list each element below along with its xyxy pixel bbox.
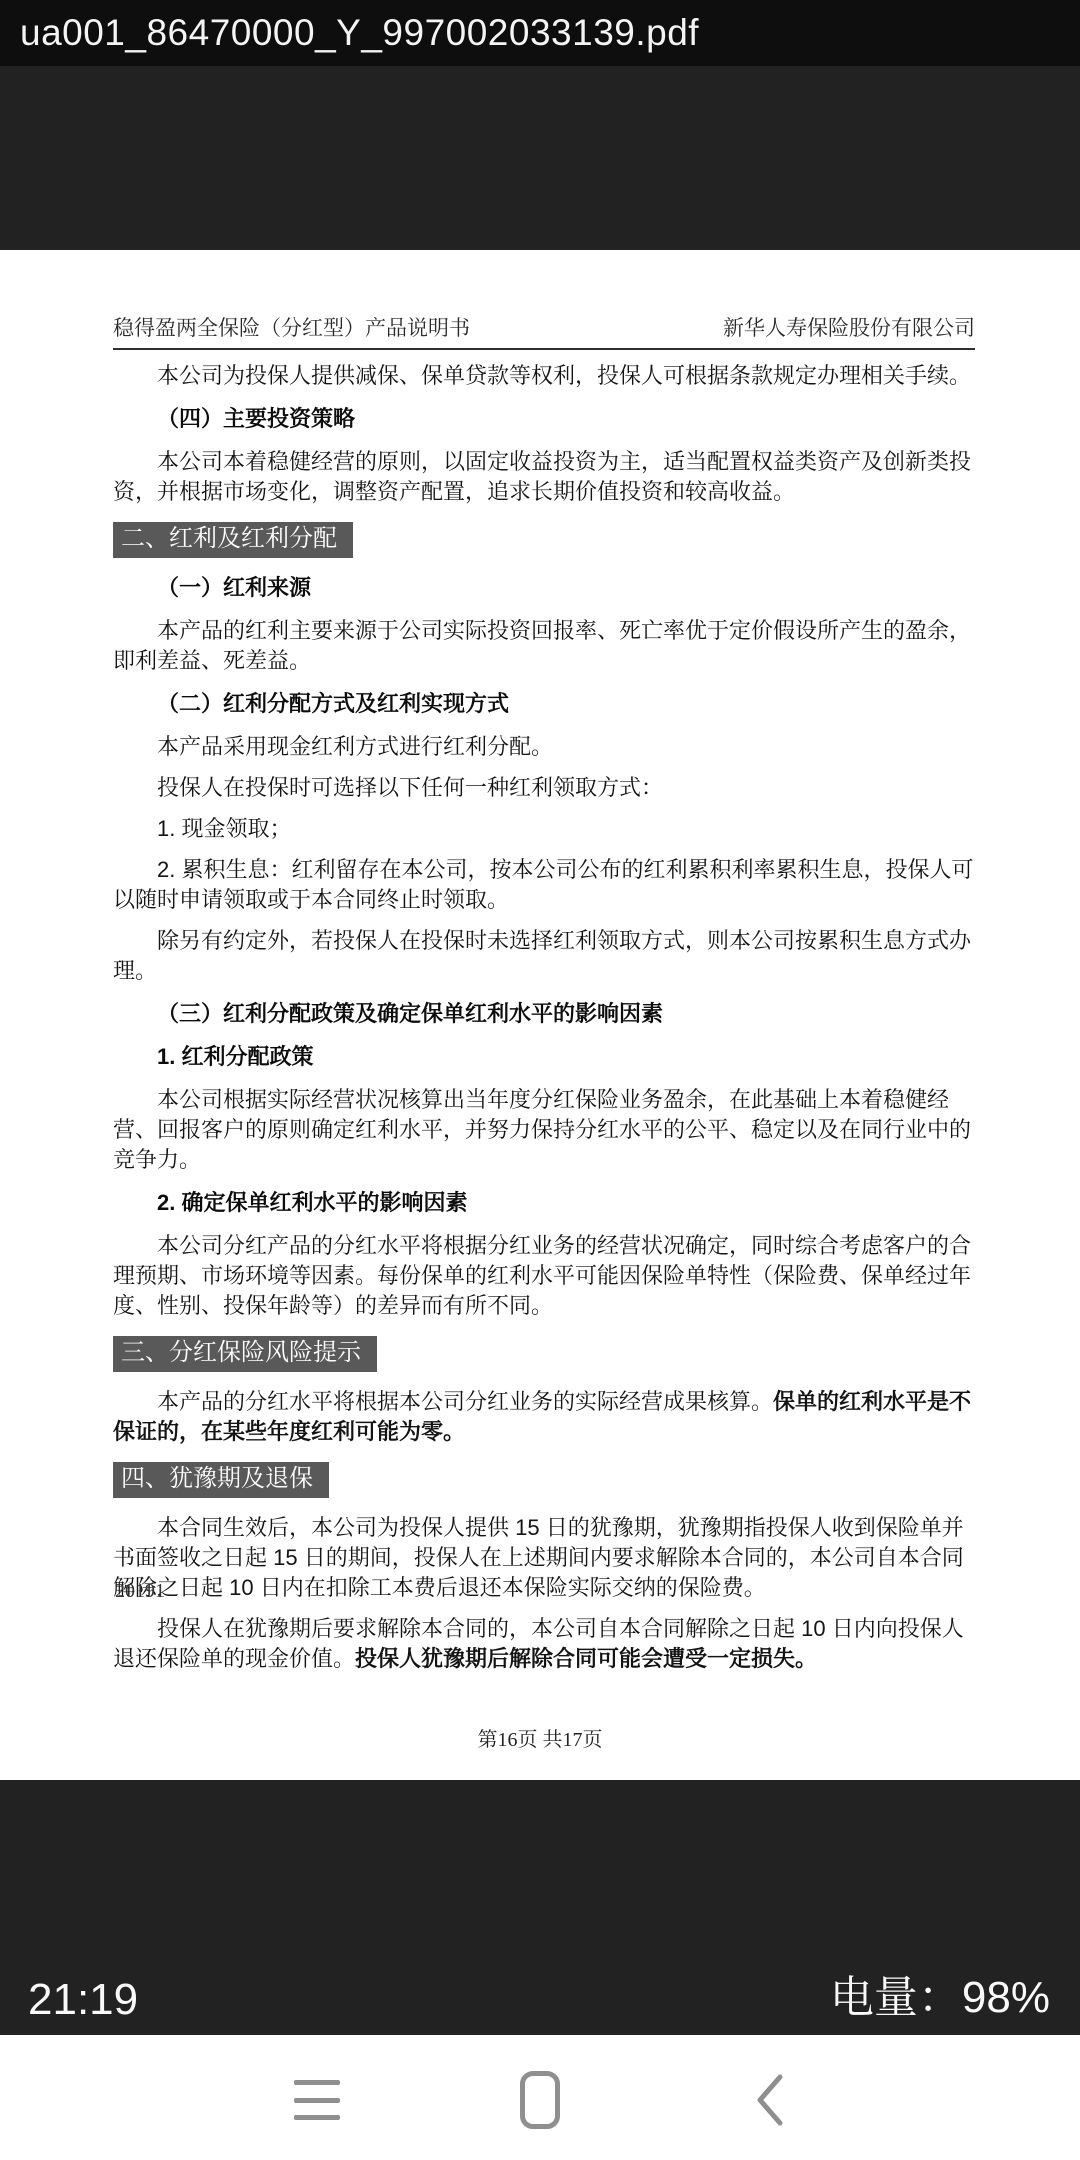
heading-investment-strategy: （四）主要投资策略 <box>113 404 975 434</box>
heading-dividend-policy: （三）红利分配政策及确定保单红利水平的影响因素 <box>113 999 975 1029</box>
section-bar-hesitation: 四、犹豫期及退保 <box>113 1462 329 1498</box>
section-bar-risk: 三、分红保险风险提示 <box>113 1336 377 1372</box>
paragraph-risk: 本产品的分红水平将根据本公司分红业务的实际经营成果核算。保单的红利水平是不保证的… <box>113 1387 975 1447</box>
home-icon <box>520 2071 560 2129</box>
paragraph-policy-2: 本公司分红产品的分红水平将根据分红业务的经营状况确定，同时综合考虑客户的合理预期… <box>113 1231 975 1321</box>
paragraph-surrender-bold: 投保人犹豫期后解除合同可能会遭受一定损失。 <box>355 1646 817 1671</box>
paragraph-investment: 本公司本着稳健经营的原则，以固定收益投资为主，适当配置权益类资产及创新类投资，并… <box>113 447 975 507</box>
status-bar: 21:19 电量：98% <box>28 1961 1050 2025</box>
heading-policy-2: 2. 确定保单红利水平的影响因素 <box>113 1188 975 1218</box>
section-bar-wrap: 二、红利及红利分配 <box>113 522 975 558</box>
pdf-page: 稳得盈两全保险（分红型）产品说明书 新华人寿保险股份有限公司 本公司为投保人提供… <box>0 250 1080 1780</box>
section-bar-dividend: 二、红利及红利分配 <box>113 522 353 558</box>
pdf-filename: ua001_86470000_Y_997002033139.pdf <box>20 12 699 54</box>
paragraph-default-option: 除另有约定外，若投保人在投保时未选择红利领取方式，则本公司按累积生息方式办理。 <box>113 926 975 986</box>
heading-policy-1: 1. 红利分配政策 <box>113 1042 975 1072</box>
document-body: 本公司为投保人提供减保、保单贷款等权利，投保人可根据条款规定办理相关手续。 （四… <box>113 361 975 1674</box>
paragraph-rights: 本公司为投保人提供减保、保单贷款等权利，投保人可根据条款规定办理相关手续。 <box>113 361 975 391</box>
pdf-title-bar: ua001_86470000_Y_997002033139.pdf <box>0 0 1080 66</box>
page-number-footer: 第16页 共17页 <box>0 1723 1080 1752</box>
section-bar-wrap: 三、分红保险风险提示 <box>113 1336 975 1372</box>
paragraph-surrender: 投保人在犹豫期后要求解除本合同的，本公司自本合同解除之日起 10 日内向投保人退… <box>113 1614 975 1674</box>
paragraph-dividend-source: 本产品的红利主要来源于公司实际投资回报率、死亡率优于定价假设所产生的盈余，即利差… <box>113 616 975 676</box>
pdf-viewer-surface[interactable]: 稳得盈两全保险（分红型）产品说明书 新华人寿保险股份有限公司 本公司为投保人提供… <box>0 66 1080 2035</box>
back-button[interactable] <box>730 2065 810 2135</box>
document-number: 20191 <box>115 1580 165 1603</box>
chevron-left-icon <box>753 2072 787 2128</box>
heading-dividend-source: （一）红利来源 <box>113 573 975 603</box>
list-item-accumulate: 2. 累积生息：红利留存在本公司，按本公司公布的红利累积利率累积生息，投保人可以… <box>113 855 975 915</box>
status-battery: 电量：98% <box>830 1961 1050 2025</box>
document-header-title: 稳得盈两全保险（分红型）产品说明书 <box>113 312 470 342</box>
paragraph-dividend-method: 本产品采用现金红利方式进行红利分配。 <box>113 732 975 762</box>
list-item-cash: 1. 现金领取； <box>113 814 975 844</box>
home-button[interactable] <box>500 2065 580 2135</box>
paragraph-risk-normal: 本产品的分红水平将根据本公司分红业务的实际经营成果核算。 <box>157 1389 773 1414</box>
section-bar-wrap: 四、犹豫期及退保 <box>113 1462 975 1498</box>
document-header: 稳得盈两全保险（分红型）产品说明书 新华人寿保险股份有限公司 <box>113 312 975 350</box>
paragraph-hesitation: 本合同生效后，本公司为投保人提供 15 日的犹豫期，犹豫期指投保人收到保险单并书… <box>113 1513 975 1603</box>
status-time: 21:19 <box>28 1975 138 2025</box>
heading-dividend-method: （二）红利分配方式及红利实现方式 <box>113 689 975 719</box>
menu-icon <box>294 2080 340 2120</box>
recents-button[interactable] <box>277 2065 357 2135</box>
navigation-bar <box>0 2035 1080 2160</box>
document-header-company: 新华人寿保险股份有限公司 <box>723 312 975 342</box>
paragraph-choose-option: 投保人在投保时可选择以下任何一种红利领取方式： <box>113 773 975 803</box>
screen: { "titlebar": { "filename": "ua001_86470… <box>0 0 1080 2160</box>
paragraph-policy-1: 本公司根据实际经营状况核算出当年度分红保险业务盈余，在此基础上本着稳健经营、回报… <box>113 1085 975 1175</box>
